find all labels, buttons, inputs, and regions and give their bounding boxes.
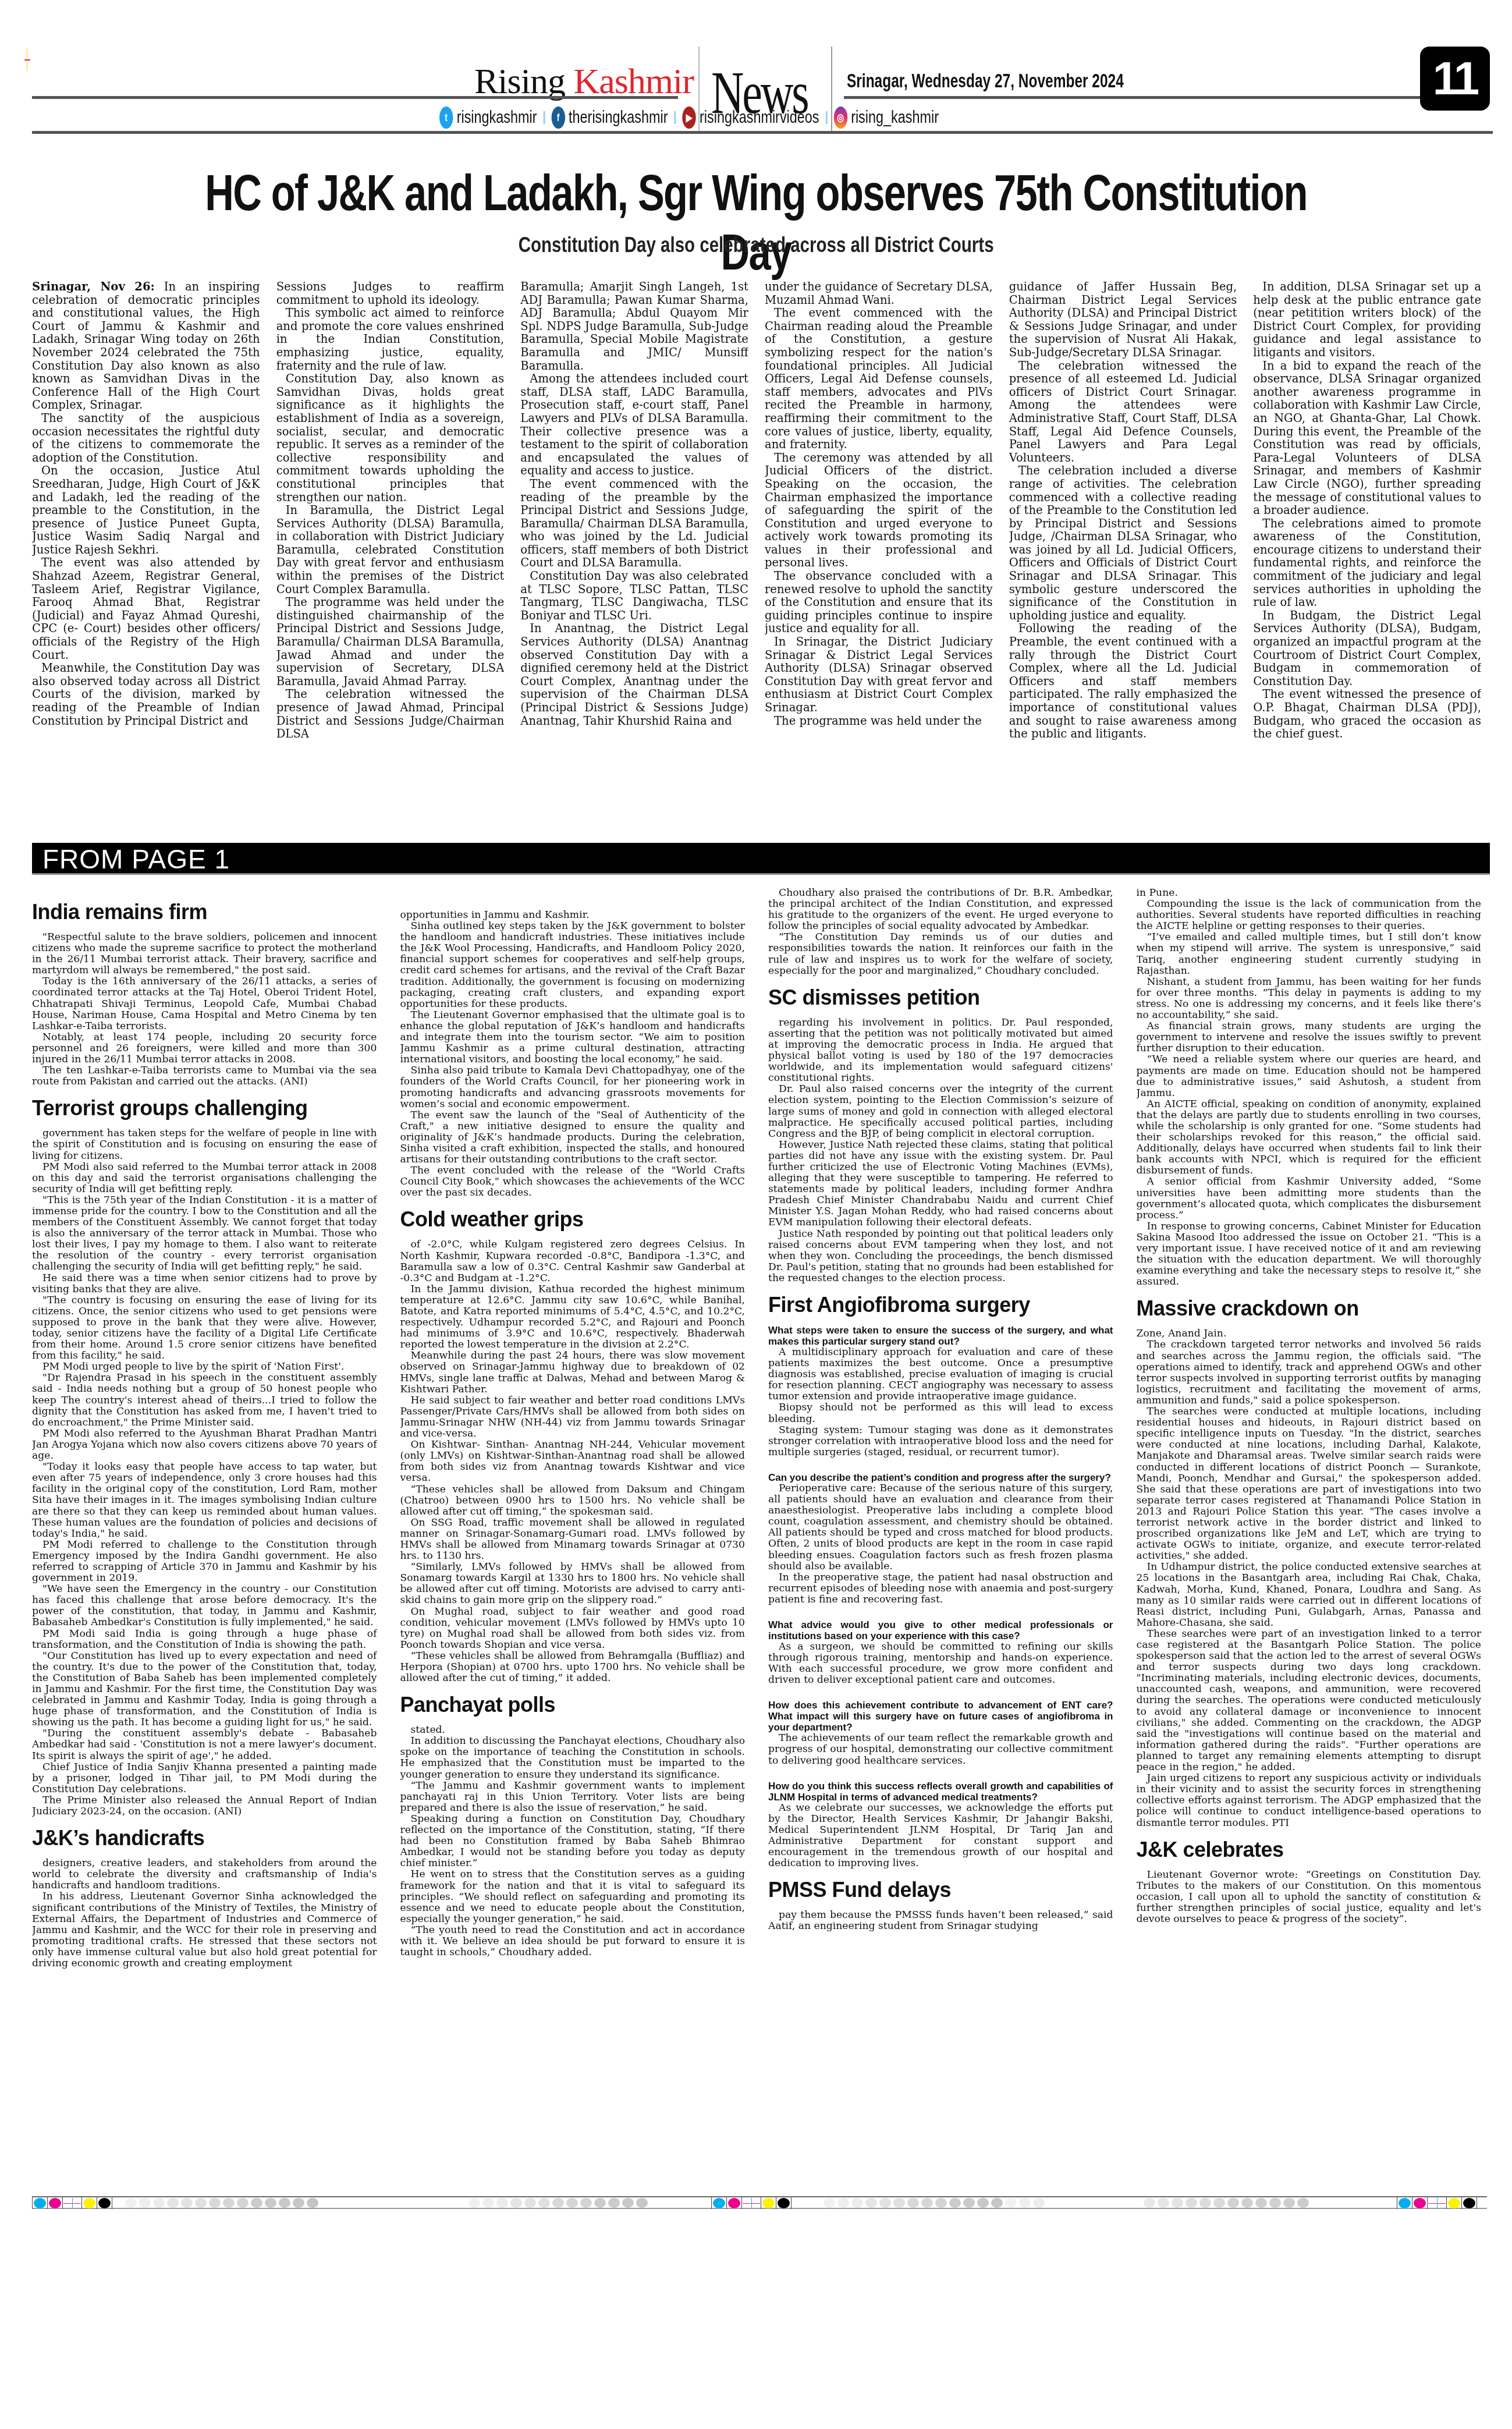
paragraph: The event witnessed the presence of O.P.…: [1253, 688, 1481, 740]
paragraph: “These vehicles shall be allowed from Be…: [400, 1651, 746, 1684]
paragraph: The event commenced with the Chairman re…: [765, 307, 993, 452]
section-title-handicrafts: J&K’s handicrafts: [32, 1825, 377, 1851]
interview-question: How does this achievement contribute to …: [768, 1700, 1113, 1733]
paragraph: Dr. Paul also raised concerns over the i…: [768, 1084, 1113, 1139]
divider: [674, 111, 676, 124]
paragraph: This symbolic act aimed to reinforce and…: [276, 307, 505, 373]
tint-scale: [824, 2198, 1045, 2208]
paragraph: In the Jammu division, Kathua recorded t…: [400, 1284, 746, 1351]
black-swatch: [98, 2198, 111, 2208]
paragraph: Jain urged citizens to report any suspic…: [1137, 1773, 1482, 1828]
paragraph: The achievements of our team reflect the…: [768, 1733, 1113, 1766]
section-title-panchayat: Panchayat polls: [400, 1692, 746, 1718]
yellow-swatch: [1448, 2198, 1460, 2208]
paragraph: However, Justice Nath rejected these cla…: [768, 1140, 1113, 1229]
tint-scale: [125, 2198, 318, 2208]
logo-rising: Rising: [474, 62, 565, 101]
paragraph: In Budgam, the District Legal Services A…: [1253, 609, 1481, 689]
cmyk-swatches-right: [1397, 2197, 1477, 2209]
paragraph: An AICTE official, speaking on condition…: [1137, 1099, 1482, 1177]
paragraph: In addition to discussing the Panchayat …: [400, 1736, 746, 1780]
paragraph: In Srinagar, the District Judiciary Srin…: [765, 636, 993, 715]
paragraph: Constitution Day, also known as Samvidha…: [276, 373, 505, 504]
instagram-handle: rising_kashmir: [851, 108, 939, 127]
paragraph: In Anantnag, the District Legal Services…: [520, 622, 748, 728]
spacer: [768, 1686, 1113, 1694]
paragraph: The celebration witnessed the presence o…: [276, 688, 505, 740]
paragraph: A senior official from Kashmir Universit…: [1137, 1176, 1482, 1221]
paragraph: The celebration included a diverse range…: [1009, 464, 1237, 622]
lead-column-5: guidance of Jaffer Hussain Beg, Chairman…: [1009, 281, 1237, 834]
paragraph: “The youth need to read the Constitution…: [400, 1925, 746, 1958]
social-twitter[interactable]: t risingkashmir: [439, 107, 537, 129]
masthead-rule-left: [32, 96, 678, 99]
interview-question: Can you describe the patient’s condition…: [768, 1472, 1113, 1483]
paragraph: Notably, at least 174 people, including …: [32, 1032, 377, 1065]
paragraph: regarding his involvement in politics. D…: [768, 1017, 1113, 1084]
facebook-icon: f: [551, 107, 565, 129]
paragraph: The event was also attended by Shahzad A…: [32, 556, 260, 662]
paragraph: Baramulla; Amarjit Singh Langeh, 1st ADJ…: [520, 281, 748, 373]
paragraph: “The Jammu and Kashmir government wants …: [400, 1781, 746, 1814]
paragraph: The event concluded with the release of …: [400, 1165, 746, 1198]
paragraph: In Udhampur district, the police conduct…: [1137, 1562, 1482, 1629]
cyan-swatch: [34, 2198, 46, 2208]
paragraph: designers, creative leaders, and stakeho…: [32, 1858, 377, 1891]
paragraph: Srinagar, Nov 26: In an inspiring celebr…: [32, 281, 260, 412]
paragraph: As financial strain grows, many students…: [1137, 1021, 1482, 1054]
issue-dateline: Srinagar, Wednesday 27, November 2024: [847, 70, 1124, 93]
cyan-swatch: [1399, 2198, 1411, 2208]
paragraph: On Kishtwar- Sinthan- Anantnag NH-244, V…: [400, 1439, 746, 1484]
paragraph: "Today it looks easy that people have ac…: [32, 1462, 377, 1540]
paragraph: The ten Lashkar-e-Taiba terrorists came …: [32, 1065, 377, 1087]
paragraph: Biopsy should not be performed as this w…: [768, 1402, 1113, 1424]
paragraph: Zone, Anand Jain.: [1137, 1328, 1482, 1339]
paragraph: In addition, DLSA Srinagar set up a help…: [1253, 281, 1481, 360]
section-title-terrorist-groups: Terrorist groups challenging: [32, 1095, 377, 1121]
paragraph: Today is the 16th anniversary of the 26/…: [32, 976, 377, 1031]
lead-story-body: Srinagar, Nov 26: In an inspiring celebr…: [32, 281, 1481, 834]
paragraph: The celebration witnessed the presence o…: [1009, 360, 1237, 465]
paragraph: Sinha outlined key steps taken by the J&…: [400, 921, 746, 1010]
cmyk-swatches-center: [711, 2197, 792, 2209]
paragraph: The Prime Minister also released the Ann…: [32, 1795, 377, 1817]
paragraph: The ceremony was attended by all Judicia…: [765, 452, 993, 570]
paragraph: "Our Constitution has lived up to every …: [32, 1651, 377, 1729]
paragraph: “Similarly, LMVs followed by HMVs shall …: [400, 1562, 746, 1606]
continuations: India remains firm "Respectful salute to…: [32, 876, 1481, 2354]
tint-scale: [1144, 2198, 1309, 2208]
paragraph: under the guidance of Secretary DLSA, Mu…: [765, 281, 993, 307]
instagram-icon: ◎: [833, 107, 847, 129]
paragraph: In Baramulla, the District Legal Service…: [276, 504, 505, 596]
paragraph: He said subject to fair weather and bett…: [400, 1395, 746, 1439]
social-instagram[interactable]: ◎ rising_kashmir: [833, 107, 938, 129]
paragraph: The observance concluded with a renewed …: [765, 570, 993, 636]
paragraph: "Respectful salute to the brave soldiers…: [32, 932, 377, 976]
black-swatch: [778, 2198, 790, 2208]
paragraph: These searches were part of an investiga…: [1137, 1629, 1482, 1773]
paragraph: In the preoperative stage, the patient h…: [768, 1572, 1113, 1605]
continuation-column-1: India remains firm "Respectful salute to…: [32, 876, 377, 2354]
interview-question: How do you think this success reflects o…: [768, 1781, 1113, 1803]
logo-kashmir: Kashmir: [573, 62, 694, 101]
divider: [825, 111, 827, 124]
paragraph: Sinha also paid tribute to Kamala Devi C…: [400, 1065, 746, 1109]
masthead-bottom-rule: [32, 131, 1493, 134]
paragraph: Meanwhile, the Constitution Day was also…: [32, 662, 260, 728]
paragraph: "This is the 75th year of the Indian Con…: [32, 1195, 377, 1273]
spacer: [400, 876, 746, 910]
youtube-icon: ▶: [682, 107, 695, 129]
paragraph: Staging system: Tumour staging was done …: [768, 1425, 1113, 1458]
magenta-swatch: [49, 2198, 61, 2208]
paragraph: Sessions Judges to reaffirm commitment t…: [276, 281, 505, 307]
paragraph: "The country is focusing on ensuring the…: [32, 1295, 377, 1362]
paragraph: Compounding the issue is the lack of com…: [1137, 899, 1482, 932]
paragraph: Choudhary also praised the contributions…: [768, 888, 1113, 932]
paragraph: opportunities in Jammu and Kashmir.: [400, 910, 746, 921]
lead-headline: HC of J&K and Ladakh, Sgr Wing observes …: [0, 163, 1512, 282]
paragraph: Perioperative care: Because of the serio…: [768, 1483, 1113, 1572]
spacer: [768, 876, 1113, 888]
cyan-swatch: [713, 2198, 725, 2208]
from-page-1-banner: FROM PAGE 1: [32, 843, 1490, 873]
banner-rule: [32, 873, 1490, 875]
black-swatch: [1463, 2198, 1475, 2208]
lead-column-2: Sessions Judges to reaffirm commitment t…: [276, 281, 505, 834]
registration-crosshair-icon: [743, 2198, 760, 2208]
lead-column-4: under the guidance of Secretary DLSA, Mu…: [765, 281, 993, 834]
spacer: [768, 1605, 1113, 1614]
section-title-pmss: PMSS Fund delays: [768, 1877, 1113, 1903]
paragraph: “The Constitution Day reminds us of our …: [768, 932, 1113, 976]
paragraph: guidance of Jaffer Hussain Beg, Chairman…: [1009, 281, 1237, 360]
continuation-column-2: opportunities in Jammu and Kashmir. Sinh…: [400, 876, 746, 2354]
paragraph: PM Modi referred to challenge to the Con…: [32, 1540, 377, 1584]
paragraph: stated.: [400, 1725, 746, 1736]
paragraph: of -2.0°C, while Kulgam registered zero …: [400, 1239, 746, 1283]
registration-crosshair-icon: [63, 2198, 81, 2208]
paragraph: The event saw the launch of the "Seal of…: [400, 1110, 746, 1165]
paragraph: The event commenced with the reading of …: [520, 478, 748, 570]
spacer: [1137, 876, 1482, 888]
paragraph: The programme was held under the: [765, 715, 993, 728]
section-title-sc-dismisses: SC dismisses petition: [768, 985, 1113, 1010]
paragraph: The celebrations aimed to promote awaren…: [1253, 517, 1481, 609]
paragraph: On SSG Road, traffic movement shall be a…: [400, 1517, 746, 1562]
lead-subheadline: Constitution Day also celebrated across …: [0, 233, 1512, 257]
paragraph: PM Modi also referred to the Ayushman Bh…: [32, 1428, 377, 1462]
section-title-angiofibroma: First Angiofibroma surgery: [768, 1292, 1113, 1318]
paragraph: Meanwhile during the past 24 hours, ther…: [400, 1350, 746, 1395]
paragraph: PM Modi said India is going through a hu…: [32, 1629, 377, 1651]
paragraph: Following the reading of the Preamble, t…: [1009, 622, 1237, 740]
social-facebook[interactable]: f therisingkashmir: [551, 107, 668, 129]
magenta-swatch: [728, 2198, 740, 2208]
paragraph: On the occasion, Justice Atul Sreedharan…: [32, 464, 260, 556]
paragraph: The searches were conducted at multiple …: [1137, 1406, 1482, 1562]
continuation-column-4: in Pune. Compounding the issue is the la…: [1137, 876, 1482, 2354]
lead-column-3: Baramulla; Amarjit Singh Langeh, 1st ADJ…: [520, 281, 748, 834]
paragraph: The Lieutenant Governor emphasised that …: [400, 1010, 746, 1065]
print-color-bar: [32, 2196, 1487, 2209]
paragraph: "Dr Rajendra Prasad in his speech in the…: [32, 1373, 377, 1428]
divider: [543, 111, 545, 124]
interview-question: What advice would you give to other medi…: [768, 1619, 1113, 1641]
facebook-handle: therisingkashmir: [569, 108, 668, 127]
cmyk-swatches-left: [32, 2197, 112, 2209]
lead-column-6: In addition, DLSA Srinagar set up a help…: [1253, 281, 1481, 834]
page-number: 11: [1420, 47, 1490, 111]
paragraph: government has taken steps for the welfa…: [32, 1128, 377, 1161]
section-title-cold-weather: Cold weather grips: [400, 1207, 746, 1232]
lead-column-1: Srinagar, Nov 26: In an inspiring celebr…: [32, 281, 260, 834]
masthead: Rising Kashmir News Srinagar, Wednesday …: [32, 44, 1493, 137]
paragraph: As a surgeon, we should be committed to …: [768, 1641, 1113, 1686]
yellow-swatch: [762, 2198, 775, 2208]
spacer: [768, 1458, 1113, 1466]
section-title-india-remains-firm: India remains firm: [32, 899, 377, 925]
paragraph: Lieutenant Governor wrote: “Greetings on…: [1137, 1870, 1482, 1925]
paragraph: He said there was a time when senior cit…: [32, 1273, 377, 1295]
social-handles: t risingkashmir f therisingkashmir ▶ ris…: [439, 107, 939, 129]
twitter-handle: risingkashmir: [457, 108, 537, 127]
paragraph: Speaking during a function on Constituti…: [400, 1814, 746, 1869]
paragraph: "During the constituent assembly's debat…: [32, 1728, 377, 1761]
magenta-swatch: [1414, 2198, 1426, 2208]
tint-scale: [468, 2198, 648, 2208]
paragraph: "We have seen the Emergency in the count…: [32, 1584, 377, 1628]
paragraph: Justice Nath responded by pointing out t…: [768, 1229, 1113, 1284]
paragraph: Chief Justice of India Sanjiv Khanna pre…: [32, 1762, 377, 1795]
paragraph: “I’ve emailed and called multiple times,…: [1137, 932, 1482, 976]
registration-crosshair-icon: [1428, 2198, 1446, 2208]
paragraph: He went on to stress that the Constituti…: [400, 1869, 746, 1924]
youtube-handle: risingkashmirvideos: [700, 108, 819, 127]
paragraph: Nishant, a student from Jammu, has been …: [1137, 977, 1482, 1021]
paragraph: PM Modi urged people to live by the spir…: [32, 1361, 377, 1373]
twitter-icon: t: [439, 107, 453, 129]
paragraph: The crackdown targeted terror networks a…: [1137, 1339, 1482, 1406]
registration-mark: [24, 48, 30, 71]
paragraph: Constitution Day was also celebrated at …: [520, 570, 748, 622]
paragraph: As we celebrate our successes, we acknow…: [768, 1803, 1113, 1870]
yellow-swatch: [83, 2198, 95, 2208]
paragraph: In response to growing concerns, Cabinet…: [1137, 1221, 1482, 1288]
paragraph: The sanctity of the auspicious occasion …: [32, 412, 260, 464]
paragraph: in Pune.: [1137, 888, 1482, 899]
section-title-crackdown: Massive crackdown on: [1137, 1296, 1482, 1321]
paragraph: A multidisciplinary approach for evaluat…: [768, 1347, 1113, 1402]
spacer: [768, 1767, 1113, 1775]
paragraph: On Mughal road, subject to fair weather …: [400, 1607, 746, 1651]
story-dateline: Srinagar, Nov 26:: [32, 281, 155, 293]
social-youtube[interactable]: ▶ risingkashmirvideos: [682, 107, 819, 129]
paragraph: pay them because the PMSSS funds haven’t…: [768, 1910, 1113, 1932]
paragraph: In his address, Lieutenant Governor Sinh…: [32, 1891, 377, 1969]
paragraph: The programme was held under the disting…: [276, 596, 505, 688]
paragraph: Among the attendees included court staff…: [520, 373, 748, 478]
section-title-jk-celebrates: J&K celebrates: [1137, 1837, 1482, 1863]
interview-question: What steps were taken to ensure the succ…: [768, 1325, 1113, 1347]
paragraph: “We need a reliable system where our que…: [1137, 1054, 1482, 1098]
paragraph: PM Modi also said referred to the Mumbai…: [32, 1162, 377, 1195]
paragraph: In a bid to expand the reach of the obse…: [1253, 360, 1481, 517]
paragraph: “These vehicles shall be allowed from Da…: [400, 1484, 746, 1517]
masthead-rule-right: [844, 96, 1426, 99]
continuation-column-3: Choudhary also praised the contributions…: [768, 876, 1113, 2354]
